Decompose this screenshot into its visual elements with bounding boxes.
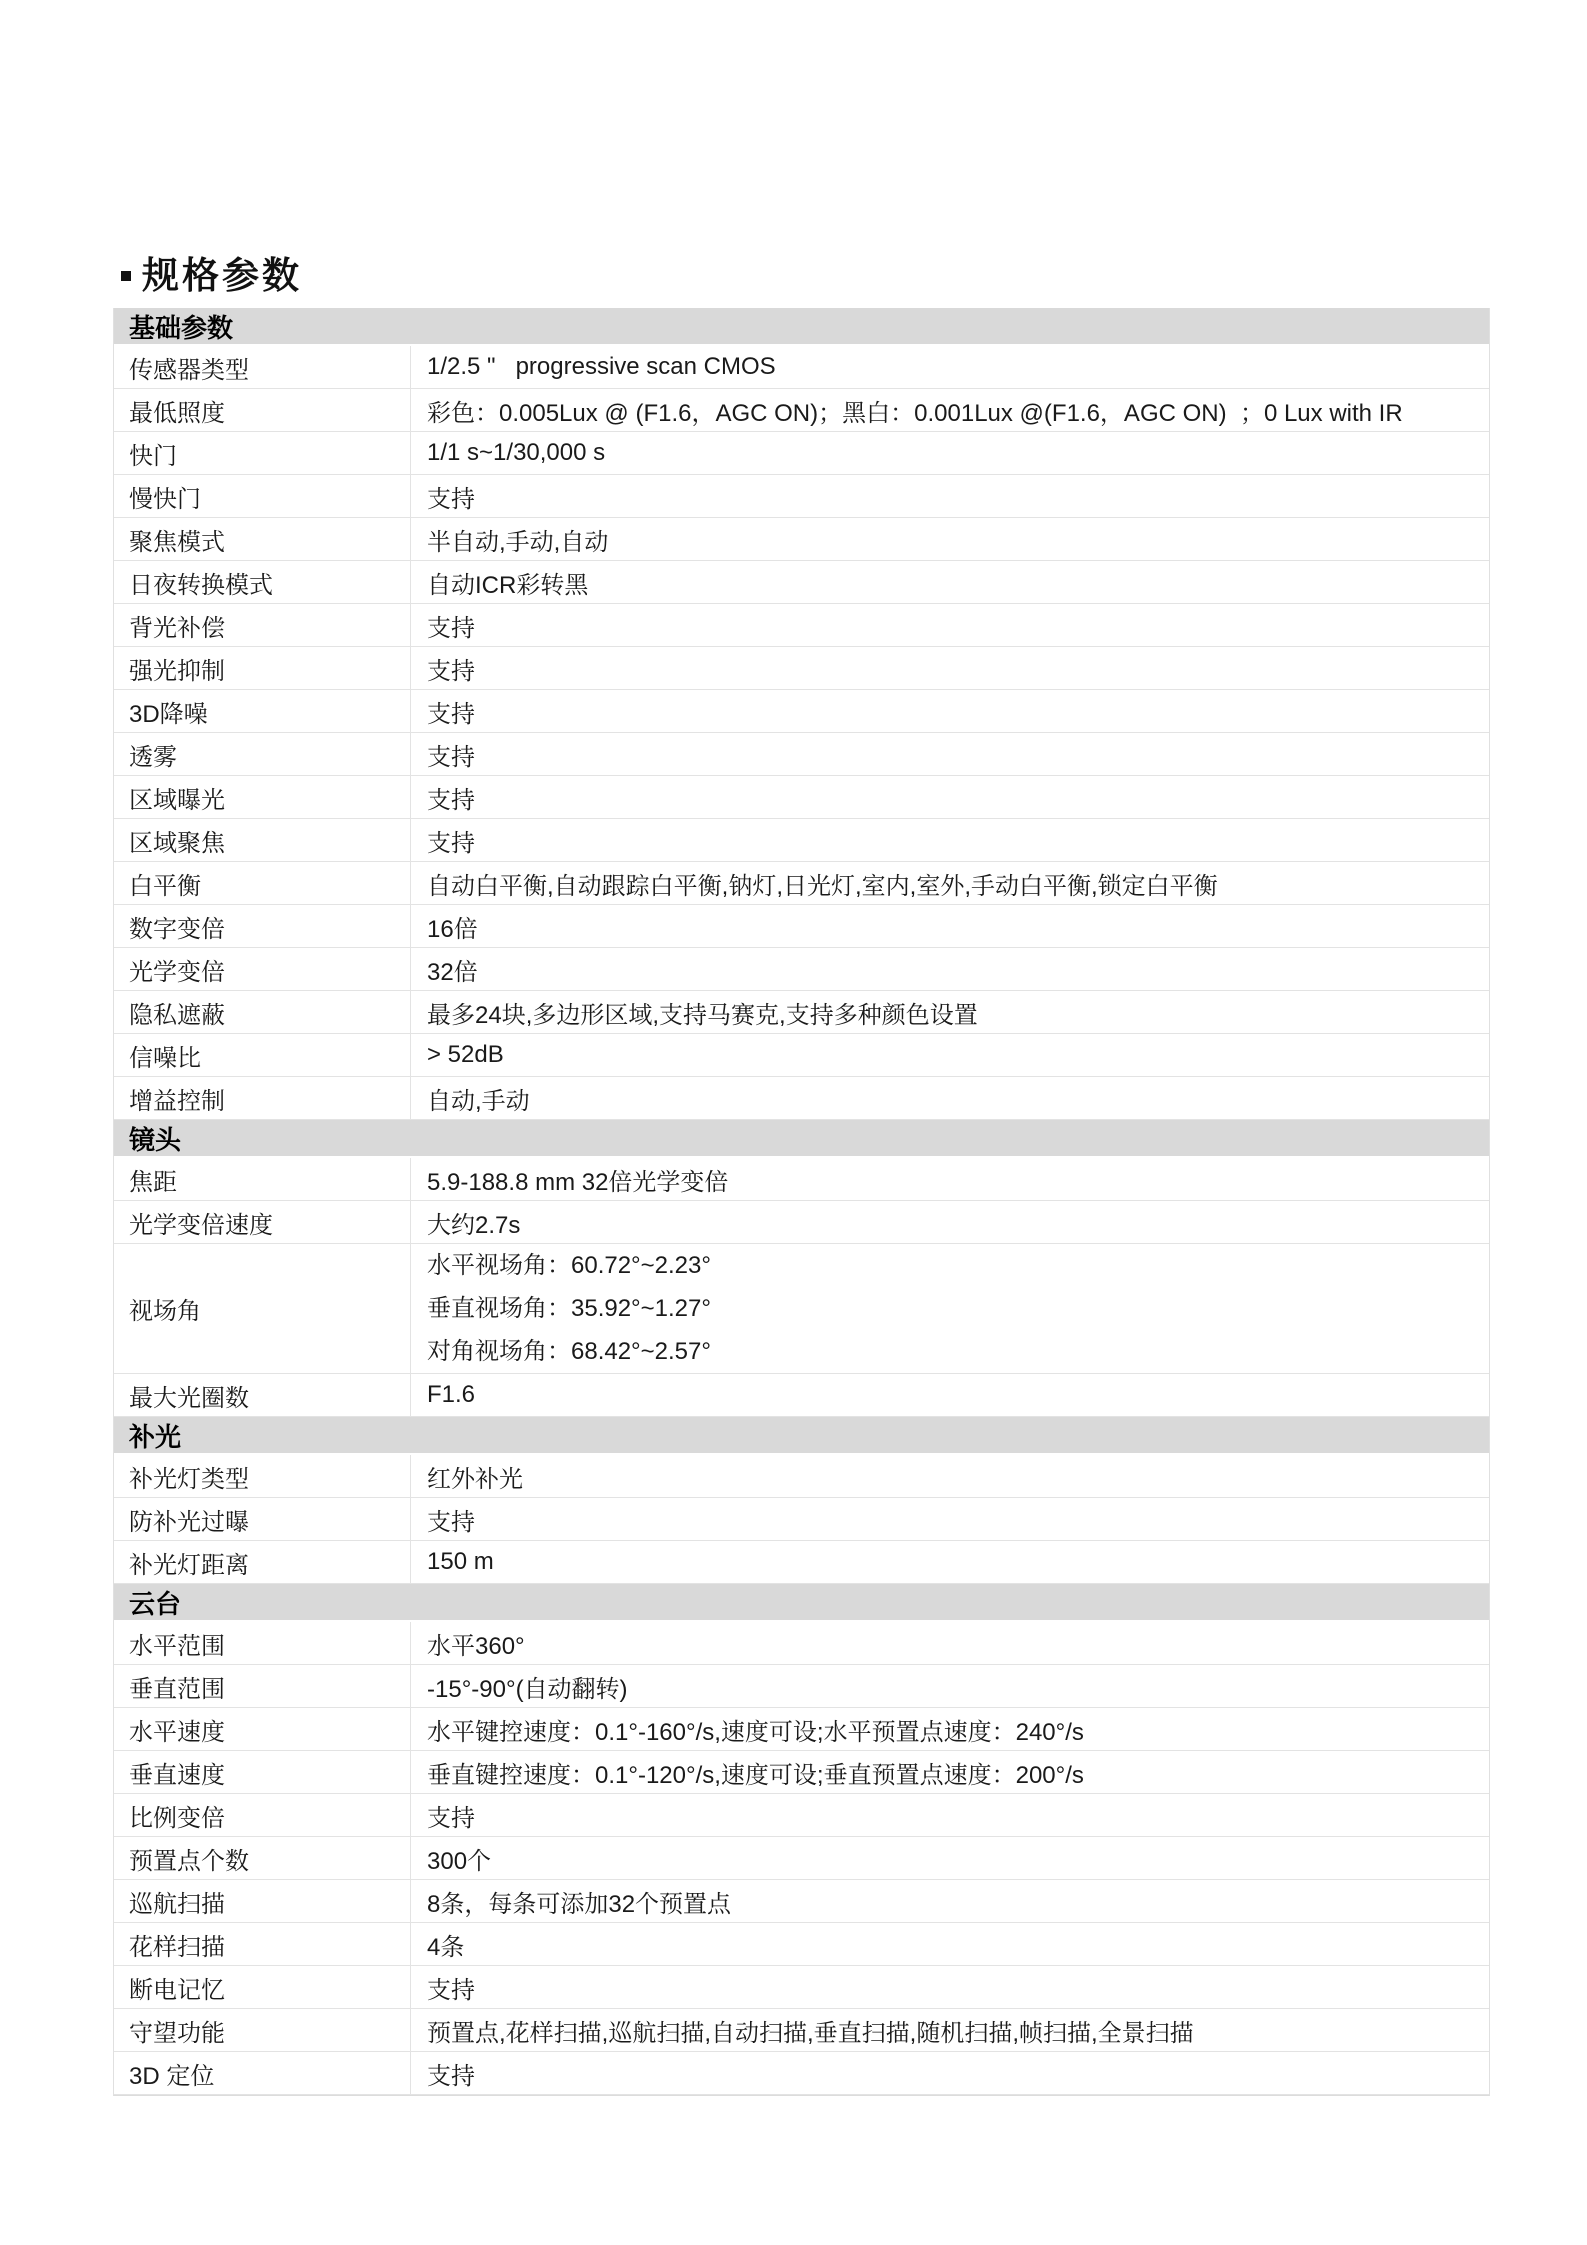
row-value: 支持: [411, 1498, 1489, 1540]
row-value: 支持: [411, 733, 1489, 775]
table-row: 透雾 支持: [114, 733, 1489, 776]
row-value: 支持: [411, 776, 1489, 818]
row-value-line: 水平视场角：60.72°~2.23°: [427, 1244, 711, 1287]
table-row: 垂直范围 -15°-90°(自动翻转): [114, 1665, 1489, 1708]
table-row: 强光抑制 支持: [114, 647, 1489, 690]
row-value: 支持: [411, 1966, 1489, 2008]
table-row: 补光灯距离 150 m: [114, 1541, 1489, 1584]
row-label: 水平速度: [114, 1708, 411, 1750]
row-label: 垂直速度: [114, 1751, 411, 1793]
row-value: F1.6: [411, 1374, 1489, 1416]
row-value: 水平360°: [411, 1622, 1489, 1664]
row-label: 强光抑制: [114, 647, 411, 689]
row-value: 4条: [411, 1923, 1489, 1965]
row-value: 16倍: [411, 905, 1489, 947]
table-row: 白平衡 自动白平衡,自动跟踪白平衡,钠灯,日光灯,室内,室外,手动白平衡,锁定白…: [114, 862, 1489, 905]
table-row: 焦距 5.9-188.8 mm 32倍光学变倍: [114, 1158, 1489, 1201]
table-row: 区域聚焦 支持: [114, 819, 1489, 862]
table-row: 花样扫描 4条: [114, 1923, 1489, 1966]
row-label: 区域曝光: [114, 776, 411, 818]
row-value: 8条，每条可添加32个预置点: [411, 1880, 1489, 1922]
table-row: 补光灯类型 红外补光: [114, 1455, 1489, 1498]
row-value: 半自动,手动,自动: [411, 518, 1489, 560]
row-label: 断电记忆: [114, 1966, 411, 2008]
table-row: 光学变倍 32倍: [114, 948, 1489, 991]
table-row: 水平范围 水平360°: [114, 1622, 1489, 1665]
table-row: 慢快门 支持: [114, 475, 1489, 518]
row-label: 巡航扫描: [114, 1880, 411, 1922]
row-value: 支持: [411, 1794, 1489, 1836]
row-value-line: 对角视场角：68.42°~2.57°: [427, 1330, 711, 1373]
page-title-row: 规格参数: [121, 256, 302, 297]
row-value: 32倍: [411, 948, 1489, 990]
row-label: 守望功能: [114, 2009, 411, 2051]
page-title: 规格参数: [142, 256, 302, 297]
row-label: 视场角: [114, 1244, 411, 1373]
row-value: > 52dB: [411, 1034, 1489, 1076]
table-row: 3D 定位 支持: [114, 2052, 1489, 2095]
row-label: 最低照度: [114, 389, 411, 431]
table-row: 巡航扫描 8条，每条可添加32个预置点: [114, 1880, 1489, 1923]
row-value: 最多24块,多边形区域,支持马赛克,支持多种颜色设置: [411, 991, 1489, 1033]
row-label: 比例变倍: [114, 1794, 411, 1836]
table-row: 增益控制 自动,手动: [114, 1077, 1489, 1120]
section-title: 补光: [129, 1417, 181, 1454]
table-row: 比例变倍 支持: [114, 1794, 1489, 1837]
row-label: 垂直范围: [114, 1665, 411, 1707]
table-row: 数字变倍 16倍: [114, 905, 1489, 948]
row-label: 快门: [114, 432, 411, 474]
row-value: 水平键控速度：0.1°-160°/s,速度可设;水平预置点速度：240°/s: [411, 1708, 1489, 1750]
table-row: 最低照度 彩色：0.005Lux @ (F1.6，AGC ON)；黑白：0.00…: [114, 389, 1489, 432]
row-value-line: 垂直视场角：35.92°~1.27°: [427, 1287, 711, 1330]
row-label: 光学变倍: [114, 948, 411, 990]
spec-table: 基础参数 传感器类型 1/2.5 " progressive scan CMOS…: [113, 308, 1490, 2096]
row-value: 垂直键控速度：0.1°-120°/s,速度可设;垂直预置点速度：200°/s: [411, 1751, 1489, 1793]
row-label: 信噪比: [114, 1034, 411, 1076]
row-label: 传感器类型: [114, 346, 411, 388]
row-label: 花样扫描: [114, 1923, 411, 1965]
table-row: 隐私遮蔽 最多24块,多边形区域,支持马赛克,支持多种颜色设置: [114, 991, 1489, 1034]
row-value: 1/2.5 " progressive scan CMOS: [411, 346, 1489, 388]
section-title: 基础参数: [129, 308, 233, 345]
table-row: 快门 1/1 s~1/30,000 s: [114, 432, 1489, 475]
table-row: 背光补偿 支持: [114, 604, 1489, 647]
row-value: 支持: [411, 2052, 1489, 2094]
table-row: 视场角 水平视场角：60.72°~2.23° 垂直视场角：35.92°~1.27…: [114, 1244, 1489, 1374]
row-label: 3D降噪: [114, 690, 411, 732]
section-title: 云台: [129, 1584, 181, 1621]
row-value: 150 m: [411, 1541, 1489, 1583]
table-row: 预置点个数 300个: [114, 1837, 1489, 1880]
table-row: 光学变倍速度 大约2.7s: [114, 1201, 1489, 1244]
row-label: 焦距: [114, 1158, 411, 1200]
row-label: 补光灯距离: [114, 1541, 411, 1583]
row-value: 支持: [411, 604, 1489, 646]
row-value: 支持: [411, 819, 1489, 861]
section-title: 镜头: [129, 1120, 181, 1157]
row-label: 增益控制: [114, 1077, 411, 1119]
row-label: 水平范围: [114, 1622, 411, 1664]
table-row: 3D降噪 支持: [114, 690, 1489, 733]
table-row: 日夜转换模式 自动ICR彩转黑: [114, 561, 1489, 604]
row-value: 300个: [411, 1837, 1489, 1879]
table-row: 防补光过曝 支持: [114, 1498, 1489, 1541]
section-header-basic: 基础参数: [114, 308, 1489, 346]
table-row: 水平速度 水平键控速度：0.1°-160°/s,速度可设;水平预置点速度：240…: [114, 1708, 1489, 1751]
row-value: 支持: [411, 647, 1489, 689]
row-label: 背光补偿: [114, 604, 411, 646]
row-value: 彩色：0.005Lux @ (F1.6，AGC ON)；黑白：0.001Lux …: [411, 389, 1489, 431]
row-label: 日夜转换模式: [114, 561, 411, 603]
row-label: 透雾: [114, 733, 411, 775]
row-value: 支持: [411, 475, 1489, 517]
row-value: -15°-90°(自动翻转): [411, 1665, 1489, 1707]
row-label: 防补光过曝: [114, 1498, 411, 1540]
row-label: 3D 定位: [114, 2052, 411, 2094]
table-row: 断电记忆 支持: [114, 1966, 1489, 2009]
table-row: 传感器类型 1/2.5 " progressive scan CMOS: [114, 346, 1489, 389]
row-value: 自动,手动: [411, 1077, 1489, 1119]
row-value: 红外补光: [411, 1455, 1489, 1497]
row-value: 支持: [411, 690, 1489, 732]
row-value: 自动ICR彩转黑: [411, 561, 1489, 603]
row-value: 大约2.7s: [411, 1201, 1489, 1243]
table-row: 信噪比 > 52dB: [114, 1034, 1489, 1077]
row-value: 1/1 s~1/30,000 s: [411, 432, 1489, 474]
row-label: 白平衡: [114, 862, 411, 904]
row-label: 预置点个数: [114, 1837, 411, 1879]
section-header-ptz: 云台: [114, 1584, 1489, 1622]
row-label: 数字变倍: [114, 905, 411, 947]
row-label: 慢快门: [114, 475, 411, 517]
table-row: 守望功能 预置点,花样扫描,巡航扫描,自动扫描,垂直扫描,随机扫描,帧扫描,全景…: [114, 2009, 1489, 2052]
row-label: 区域聚焦: [114, 819, 411, 861]
row-value: 预置点,花样扫描,巡航扫描,自动扫描,垂直扫描,随机扫描,帧扫描,全景扫描: [411, 2009, 1489, 2051]
row-label: 最大光圈数: [114, 1374, 411, 1416]
table-row: 最大光圈数 F1.6: [114, 1374, 1489, 1417]
row-value: 自动白平衡,自动跟踪白平衡,钠灯,日光灯,室内,室外,手动白平衡,锁定白平衡: [411, 862, 1489, 904]
row-value: 水平视场角：60.72°~2.23° 垂直视场角：35.92°~1.27° 对角…: [411, 1244, 1489, 1373]
table-row: 区域曝光 支持: [114, 776, 1489, 819]
square-bullet-icon: [121, 271, 131, 281]
row-label: 聚焦模式: [114, 518, 411, 560]
row-label: 隐私遮蔽: [114, 991, 411, 1033]
row-label: 光学变倍速度: [114, 1201, 411, 1243]
section-header-lens: 镜头: [114, 1120, 1489, 1158]
table-row: 垂直速度 垂直键控速度：0.1°-120°/s,速度可设;垂直预置点速度：200…: [114, 1751, 1489, 1794]
row-value: 5.9-188.8 mm 32倍光学变倍: [411, 1158, 1489, 1200]
row-label: 补光灯类型: [114, 1455, 411, 1497]
section-header-light: 补光: [114, 1417, 1489, 1455]
table-row: 聚焦模式 半自动,手动,自动: [114, 518, 1489, 561]
